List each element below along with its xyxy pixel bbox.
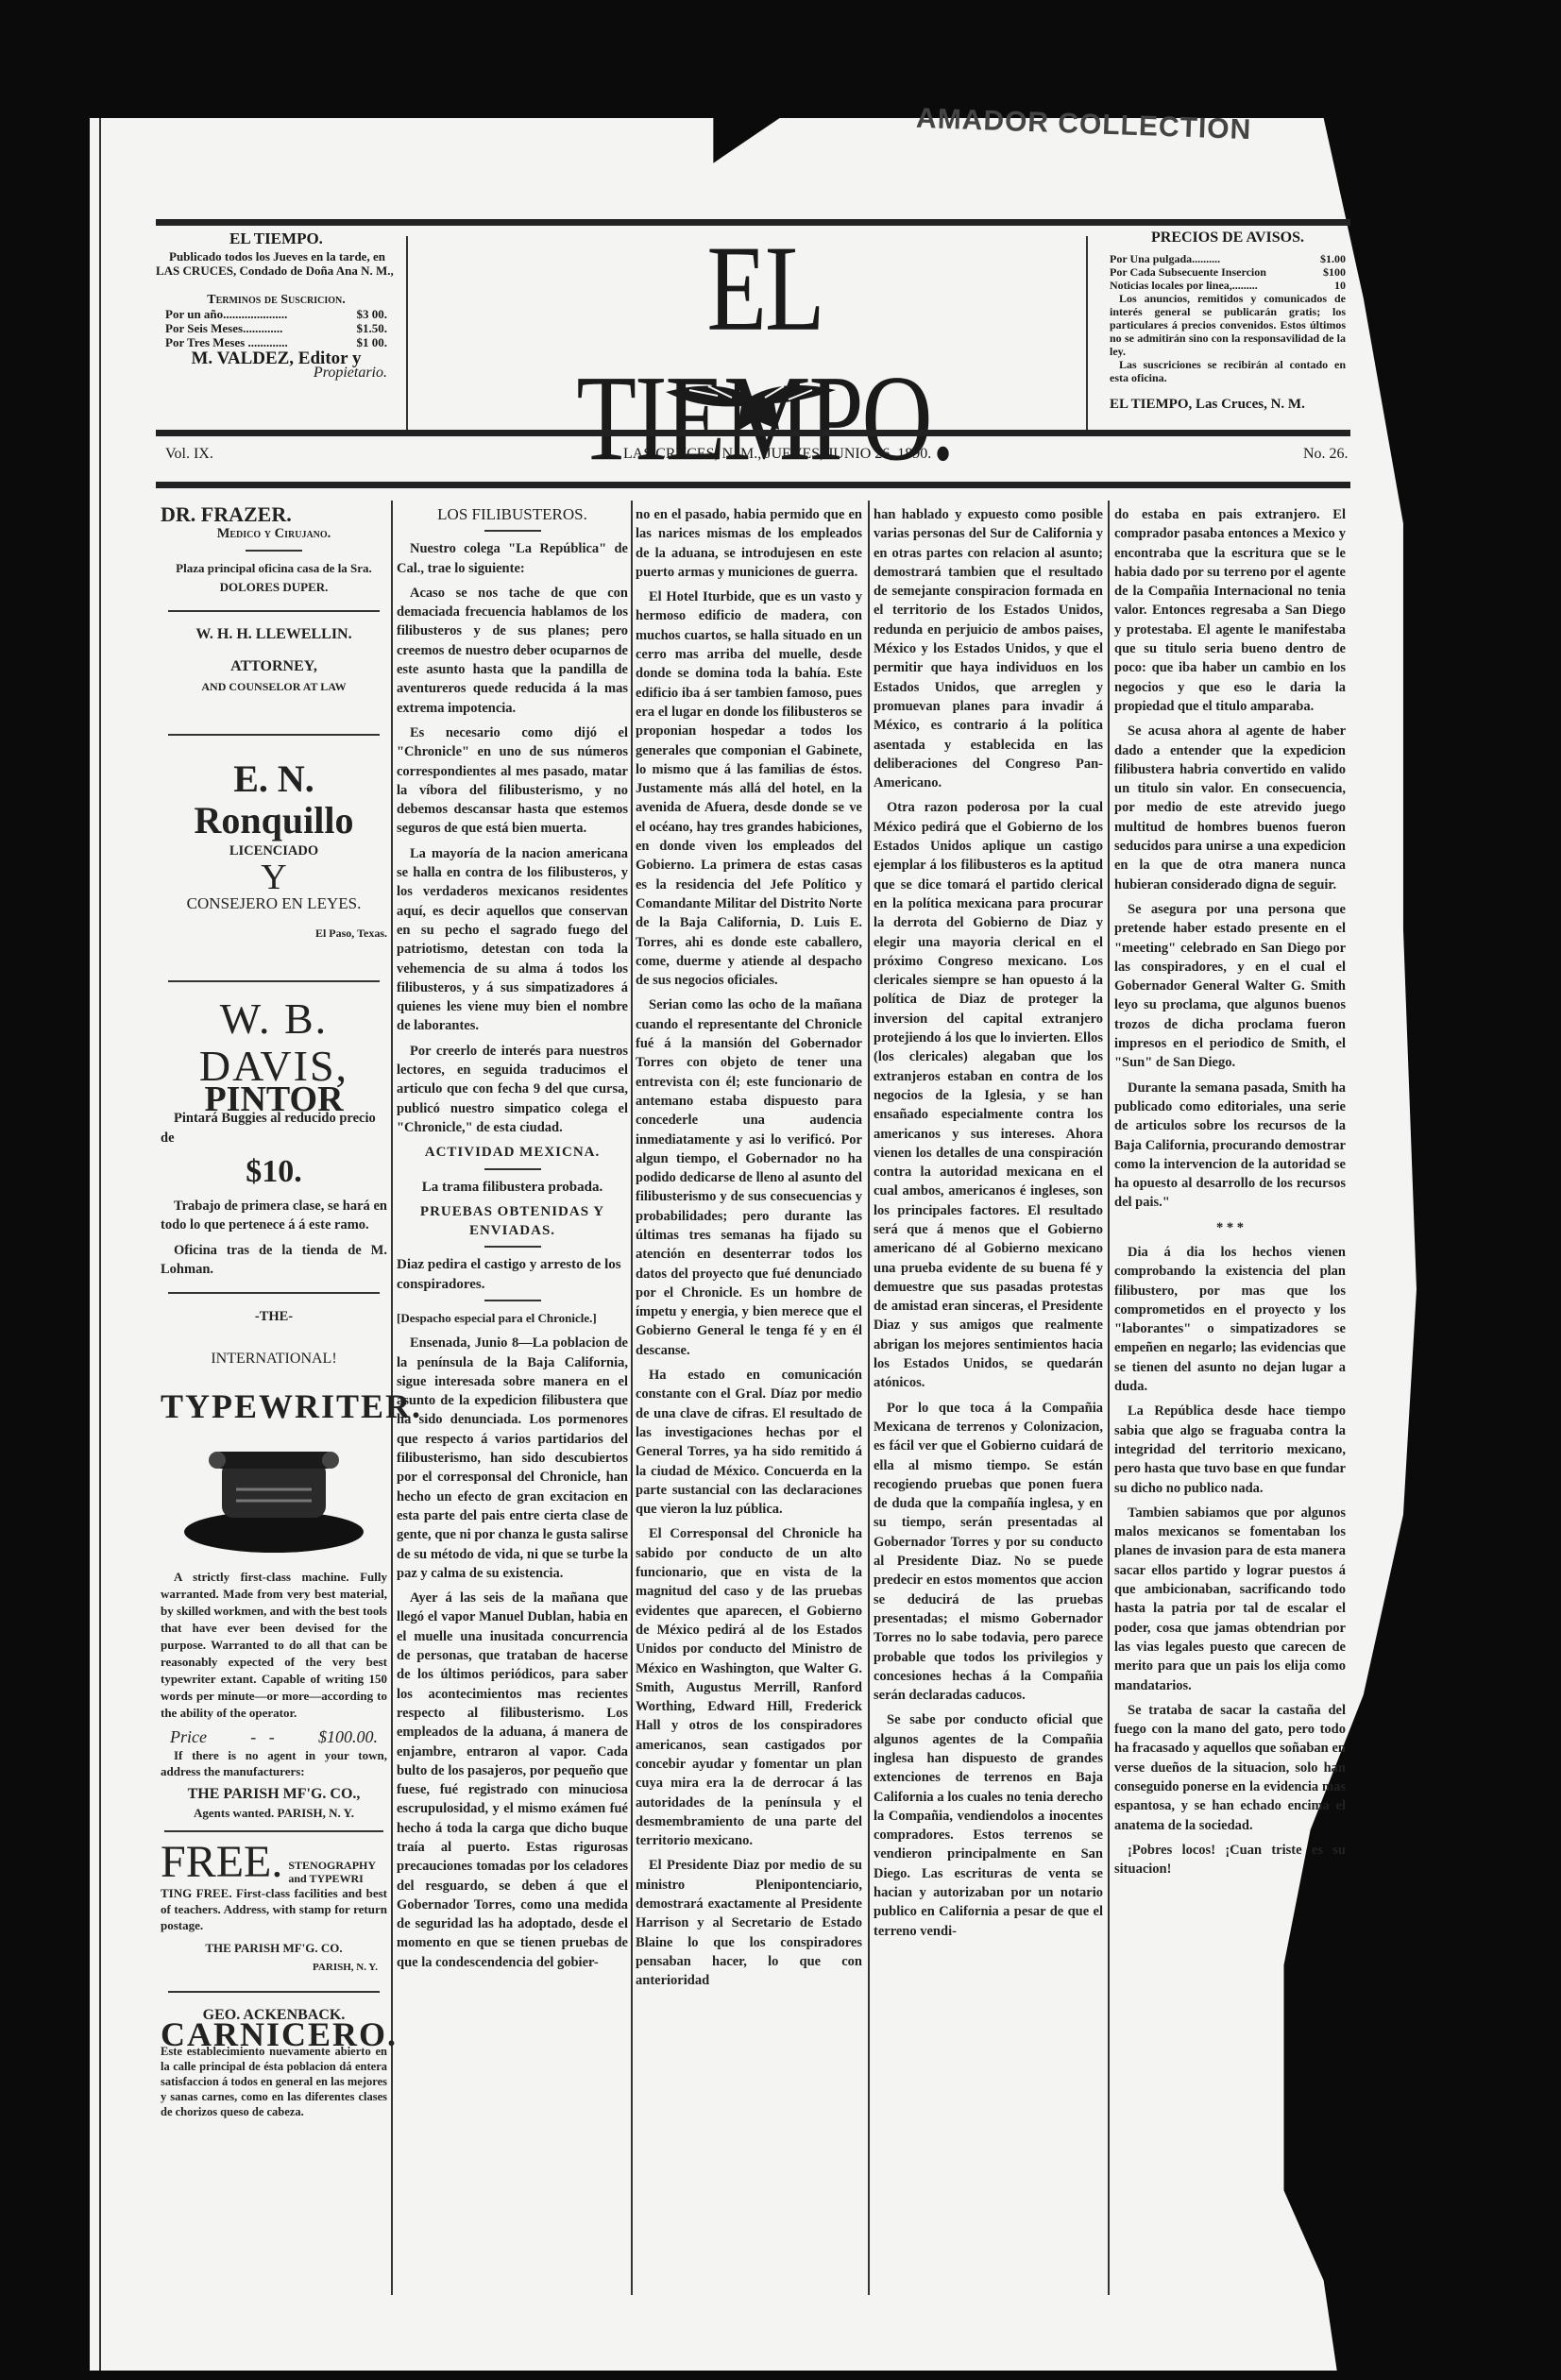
header-bottom-rule (156, 430, 1350, 436)
ads-column: DR. FRAZER. Medico y Cirujano. Plaza pri… (161, 505, 387, 2125)
dateline: LAS CRUCES, N. M., JUEVES, JUNIO 26, 189… (623, 446, 931, 463)
ad-rate-row: Por Una pulgada..........$1.00 (1110, 252, 1346, 265)
rate-row: Por Tres Meses .............$1 00. (156, 335, 397, 349)
subscription-terms-title: Terminos de Suscricion. (156, 293, 397, 307)
header-right-divider (1086, 236, 1088, 430)
ad-rate-row: Noticias locales por linea,.........10 (1110, 279, 1346, 292)
ad-ackenback: GEO. ACKENBACK. CARNICERO. Este establec… (161, 2006, 387, 2120)
article-column-5: do estaba en pais extranjero. El comprad… (1114, 505, 1346, 1884)
volume-label: Vol. IX. (165, 446, 213, 463)
ad-llewellin: W. H. H. LLEWELLIN. ATTORNEY, AND COUNSE… (161, 625, 387, 696)
subscription-box-title: EL TIEMPO. (156, 231, 397, 246)
subscription-payment-note: Las suscriciones se recibirán al contado… (1110, 358, 1346, 384)
advertising-rates-box: PRECIOS DE AVISOS. Por Una pulgada......… (1110, 231, 1346, 411)
ad-rate-row: Por Cada Subsecuente Insercion$100 (1110, 265, 1346, 279)
article-title: ACTIVIDAD MEXICNA. (397, 1143, 628, 1162)
subscription-box: EL TIEMPO. Publicado todos los Jueves en… (156, 231, 397, 380)
article-filibusteros: LOS FILIBUSTEROS. Nuestro colega "La Rep… (397, 505, 628, 1978)
ad-ronquillo: E. N. Ronquillo LICENCIADO Y CONSEJERO E… (161, 758, 387, 943)
publication-note: Publicado todos los Jueves en la tarde, … (156, 249, 397, 278)
rate-row: Por un año.....................$3 00. (156, 307, 397, 321)
article-column-3: no en el pasado, habia permido que en la… (636, 505, 862, 1997)
header-left-divider (406, 236, 408, 430)
rate-row: Por Seis Meses.............$1.50. (156, 321, 397, 335)
column-divider (631, 501, 633, 2295)
ad-frazer-name: DR. FRAZER. (161, 505, 387, 524)
advertising-rates-title: PRECIOS DE AVISOS. (1110, 231, 1346, 245)
ad-typewriter: -THE- INTERNATIONAL! TYPEWRITER. A stric… (161, 1307, 387, 1823)
column-divider (1108, 501, 1110, 2295)
ad-davis: W. B. DAVIS, PINTOR Pintará Buggies al r… (161, 995, 387, 1279)
ad-frazer: DR. FRAZER. Medico y Cirujano. Plaza pri… (161, 505, 387, 597)
ad-policy-note: Los anuncios, remitidos y comunicados de… (1110, 292, 1346, 358)
typewriter-illustration (179, 1433, 368, 1555)
article-column-4: han hablado y expuesto como posible vari… (874, 505, 1103, 1946)
ad-free-stenography: FREE. STENOGRAPHY and TYPEWRI TING FREE.… (161, 1840, 387, 1978)
publisher-footer: EL TIEMPO, Las Cruces, N. M. (1110, 398, 1346, 411)
issue-number: No. 26. (1303, 446, 1349, 463)
section-asterism: * * * (1114, 1218, 1346, 1237)
dateline-rule (156, 482, 1350, 488)
editor-name: M. VALDEZ, Editor y (156, 351, 397, 365)
article-title: LOS FILIBUSTEROS. (397, 505, 628, 524)
column-divider (868, 501, 870, 2295)
